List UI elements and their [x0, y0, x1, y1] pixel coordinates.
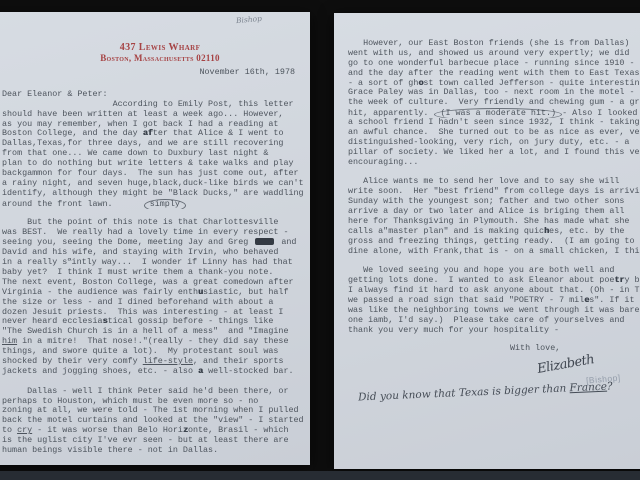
typed-line: The next event, Boston College, was a gr… — [2, 278, 310, 288]
text-segment: to — [2, 426, 17, 435]
typed-line: Sunday with the youngest son; father and… — [348, 197, 640, 207]
typed-line: we passed a road sign that said "POETRY … — [348, 296, 640, 306]
typed-line: as you may remember, when I got back I h… — [2, 120, 310, 130]
text-segment: in a mitre! That nose!."(really - they d… — [17, 337, 288, 346]
typed-line: getting lots done. I wanted to ask Elean… — [348, 276, 640, 286]
text-segment: st town called Jefferson - quite interes… — [423, 79, 640, 88]
typed-line: Dallas,Texas,for three days, and we are … — [2, 139, 310, 149]
text-segment: - it was worse than Belo Hori — [32, 426, 183, 435]
letterhead: 437 Lewis Wharf Boston, Massachusetts 02… — [0, 42, 310, 63]
typed-line: distinguished-looking, very rich, on jur… — [348, 138, 640, 148]
ink-smudge — [255, 238, 274, 245]
typed-line: gross and freezing things, getting ready… — [348, 237, 640, 247]
text-segment: getting lots done. I wanted to ask Elean… — [348, 276, 614, 285]
typed-line: zoning at all, we were told - The 1st mo… — [2, 406, 310, 416]
typed-line: a school friend I hadn't seen since 1932… — [348, 118, 640, 128]
text-segment: Virginia - the audience was fairly enth — [2, 288, 198, 297]
typed-line: Did you know that Texas is bigger than F… — [358, 378, 640, 403]
typed-line: seeing you, seeing the Dome, meeting Jay… — [2, 238, 310, 248]
typed-line: Boston College, and the day after that A… — [2, 129, 310, 139]
inserted-correction: a — [67, 258, 71, 265]
typed-line: Virginia - the audience was fairly enthu… — [2, 288, 310, 298]
typed-line: encouraging... — [348, 158, 640, 168]
letter-page-2: However, our East Boston friends (she is… — [334, 13, 640, 469]
typed-line: We loved seeing you and hope you are bot… — [348, 266, 640, 276]
typed-line: one iamb, I'd say.) Please take care of … — [348, 316, 640, 326]
typed-line: Alice wants me to send her love and to s… — [348, 177, 640, 187]
letter-body-page-2: However, our East Boston friends (she is… — [334, 13, 640, 354]
text-segment: we passed a road sign that said "POETRY … — [348, 296, 584, 305]
typed-line: was like the neighboring towns we went t… — [348, 306, 640, 316]
typed-line: shocked by their very comfy life-style, … — [2, 357, 310, 367]
typed-line: identify, although they might be "Black … — [2, 189, 310, 199]
typed-line: jackets and jogging shoes, etc. - also a… — [2, 367, 310, 377]
typed-line: thank you very much for your hospitality… — [348, 326, 640, 336]
salutation: Dear Eleanor & Peter: — [2, 90, 310, 100]
letter-scan-background: { "colors": { "background": "#0e0e0e", "… — [0, 0, 640, 480]
typed-line: backgammon for four days. The sun has ju… — [2, 169, 310, 179]
text-segment: him — [2, 337, 17, 346]
typed-line: - a sort of ghost town called Jefferson … — [348, 79, 640, 89]
text-segment: calls a"master plan" and is making quic — [348, 227, 544, 236]
typed-line: calls a"master plan" and is making quich… — [348, 227, 640, 237]
typed-line: But the point of this note is that Charl… — [2, 218, 310, 228]
typed-line: never heard ecclesiastical gossip before… — [2, 317, 310, 327]
text-segment: France — [569, 381, 607, 395]
typed-line: should have been written at least a week… — [2, 110, 310, 120]
typed-line: write soon. Her "best friend" from colle… — [348, 187, 640, 197]
typed-line: the size or less - and I dined beforehan… — [2, 298, 310, 308]
typed-line: in a really saintly way... I wonder if L… — [2, 258, 310, 268]
typed-line: human beings visible there - not in Dall… — [2, 446, 310, 456]
letter-date: November 16th, 1978 — [0, 68, 310, 78]
text-segment: - Also I looked up — [562, 108, 640, 118]
typed-line: pillar of society. We liked her a lot, a… — [348, 148, 640, 158]
typed-line: Grace Paley was in Dallas, too - next ro… — [348, 88, 640, 98]
letter-page-1: Bishop 437 Lewis Wharf Boston, Massachus… — [0, 12, 310, 465]
text-segment: never heard ecclesia — [2, 317, 103, 326]
typed-lines-container: However, our East Boston friends (she is… — [348, 39, 640, 336]
typed-line: go to one wonderful barbecue place - run… — [348, 59, 640, 69]
typed-line: and the day after the reading went with … — [348, 69, 640, 79]
text-segment: onte, Brasil - which — [188, 426, 289, 435]
text-segment: af — [143, 129, 153, 138]
text-segment: and — [276, 238, 296, 247]
typed-line: here for Thanksgiving in Plymouth. She h… — [348, 217, 640, 227]
typed-line: the week of culture. Very friendly and c… — [348, 98, 640, 108]
text-segment: Did you know that Texas is bigger than — [358, 382, 570, 403]
text-segment: cry — [17, 426, 32, 435]
text-segment: tical gossip before - things like — [108, 317, 274, 326]
typed-line: "The Swedish Church is in a hell of a me… — [2, 327, 310, 337]
typed-line — [2, 377, 310, 387]
typed-line: was BEST. We really had a lovely time in… — [2, 228, 310, 238]
handwritten-postscript: Did you know that Texas is bigger than F… — [358, 378, 640, 403]
typed-line: plan to do nothing but write letters & t… — [2, 159, 310, 169]
typed-line — [348, 257, 640, 267]
circled-text: simply — [144, 199, 186, 209]
typed-line: According to Emily Post, this letter — [2, 100, 310, 110]
text-segment: around the front lawn. — [2, 199, 143, 209]
circled-text: (I was a moderate hit.) — [434, 108, 562, 118]
typed-line: arrive a day or two later and Alice is b… — [348, 207, 640, 217]
text-segment: tr — [614, 276, 624, 285]
text-segment: intly way... I wonder if Linny has had t… — [72, 258, 293, 267]
text-segment: Boston College, and the day — [2, 129, 143, 138]
typed-line: However, our East Boston friends (she is… — [348, 39, 640, 49]
handwritten-signature: Elizabeth — [536, 352, 595, 377]
typed-lines-container: According to Emily Post, this lettershou… — [2, 100, 310, 456]
typed-line — [2, 209, 310, 219]
typed-line: things, and swore quite a lot). My prote… — [2, 347, 310, 357]
typed-line: David and his wife, and staying with Irv… — [2, 248, 310, 258]
table-surface-strip — [0, 471, 640, 480]
typed-line: to cry - it was worse than Belo Horizont… — [2, 426, 310, 436]
closing-line: With love, — [510, 344, 640, 354]
text-segment: shocked by their very comfy — [2, 357, 143, 366]
typed-line: dine alone, with Frank,that is - on a sm… — [348, 247, 640, 257]
text-segment: ? — [607, 380, 613, 392]
text-segment: in a really s — [2, 258, 67, 267]
typed-line: from that one... We came down to Duxbury… — [2, 149, 310, 159]
typed-line: hit, apparently. (I was a moderate hit.)… — [348, 108, 640, 118]
text-segment: well-stocked bar. — [203, 367, 293, 376]
letter-body-page-1: Dear Eleanor & Peter: According to Emily… — [0, 90, 310, 456]
typed-line: is the uglist city I've evr seen - but a… — [2, 436, 310, 446]
typed-line: Dallas - well I think Peter said he'd be… — [2, 387, 310, 397]
text-segment: life-style — [143, 357, 193, 366]
typed-line: baby yet? I think I must write them a th… — [2, 268, 310, 278]
text-segment: y but — [624, 276, 640, 285]
text-segment: es, etc. by the — [549, 227, 624, 236]
typed-line: an awful chance. She turned out to be as… — [348, 128, 640, 138]
text-segment: - a sort of gh — [348, 79, 418, 88]
text-segment: seeing you, seeing the Dome, meeting Jay… — [2, 238, 253, 247]
typed-line: dozen Jesuit priests. This was interesti… — [2, 308, 310, 318]
typed-line: him in a mitre! That nose!."(really - th… — [2, 337, 310, 347]
text-segment: jackets and jogging shoes, etc. - also — [2, 367, 198, 376]
pencil-annotation: Bishop — [236, 14, 263, 25]
text-segment: , and their sports — [193, 357, 283, 366]
text-segment: siastic, but half — [203, 288, 288, 297]
typed-line: I always find it hard to ask anyone abou… — [348, 286, 640, 296]
typed-line — [348, 168, 640, 178]
text-segment: ter that Alice & I went to — [153, 129, 284, 138]
typed-line: around the front lawn. simply — [2, 199, 310, 209]
typed-line: back the motel curtains and looked at th… — [2, 416, 310, 426]
letterhead-address-line: 437 Lewis Wharf — [10, 42, 310, 53]
typed-line: a rainy night, and seven huge,black,duck… — [2, 179, 310, 189]
text-segment: hit, apparently. — [348, 108, 433, 118]
typed-line: went with us, and showed us around very … — [348, 49, 640, 59]
letterhead-city-line: Boston, Massachusetts 02110 — [10, 53, 310, 63]
typed-line: perhaps to Houston, which must be even m… — [2, 397, 310, 407]
text-segment: s". If it — [589, 296, 634, 305]
